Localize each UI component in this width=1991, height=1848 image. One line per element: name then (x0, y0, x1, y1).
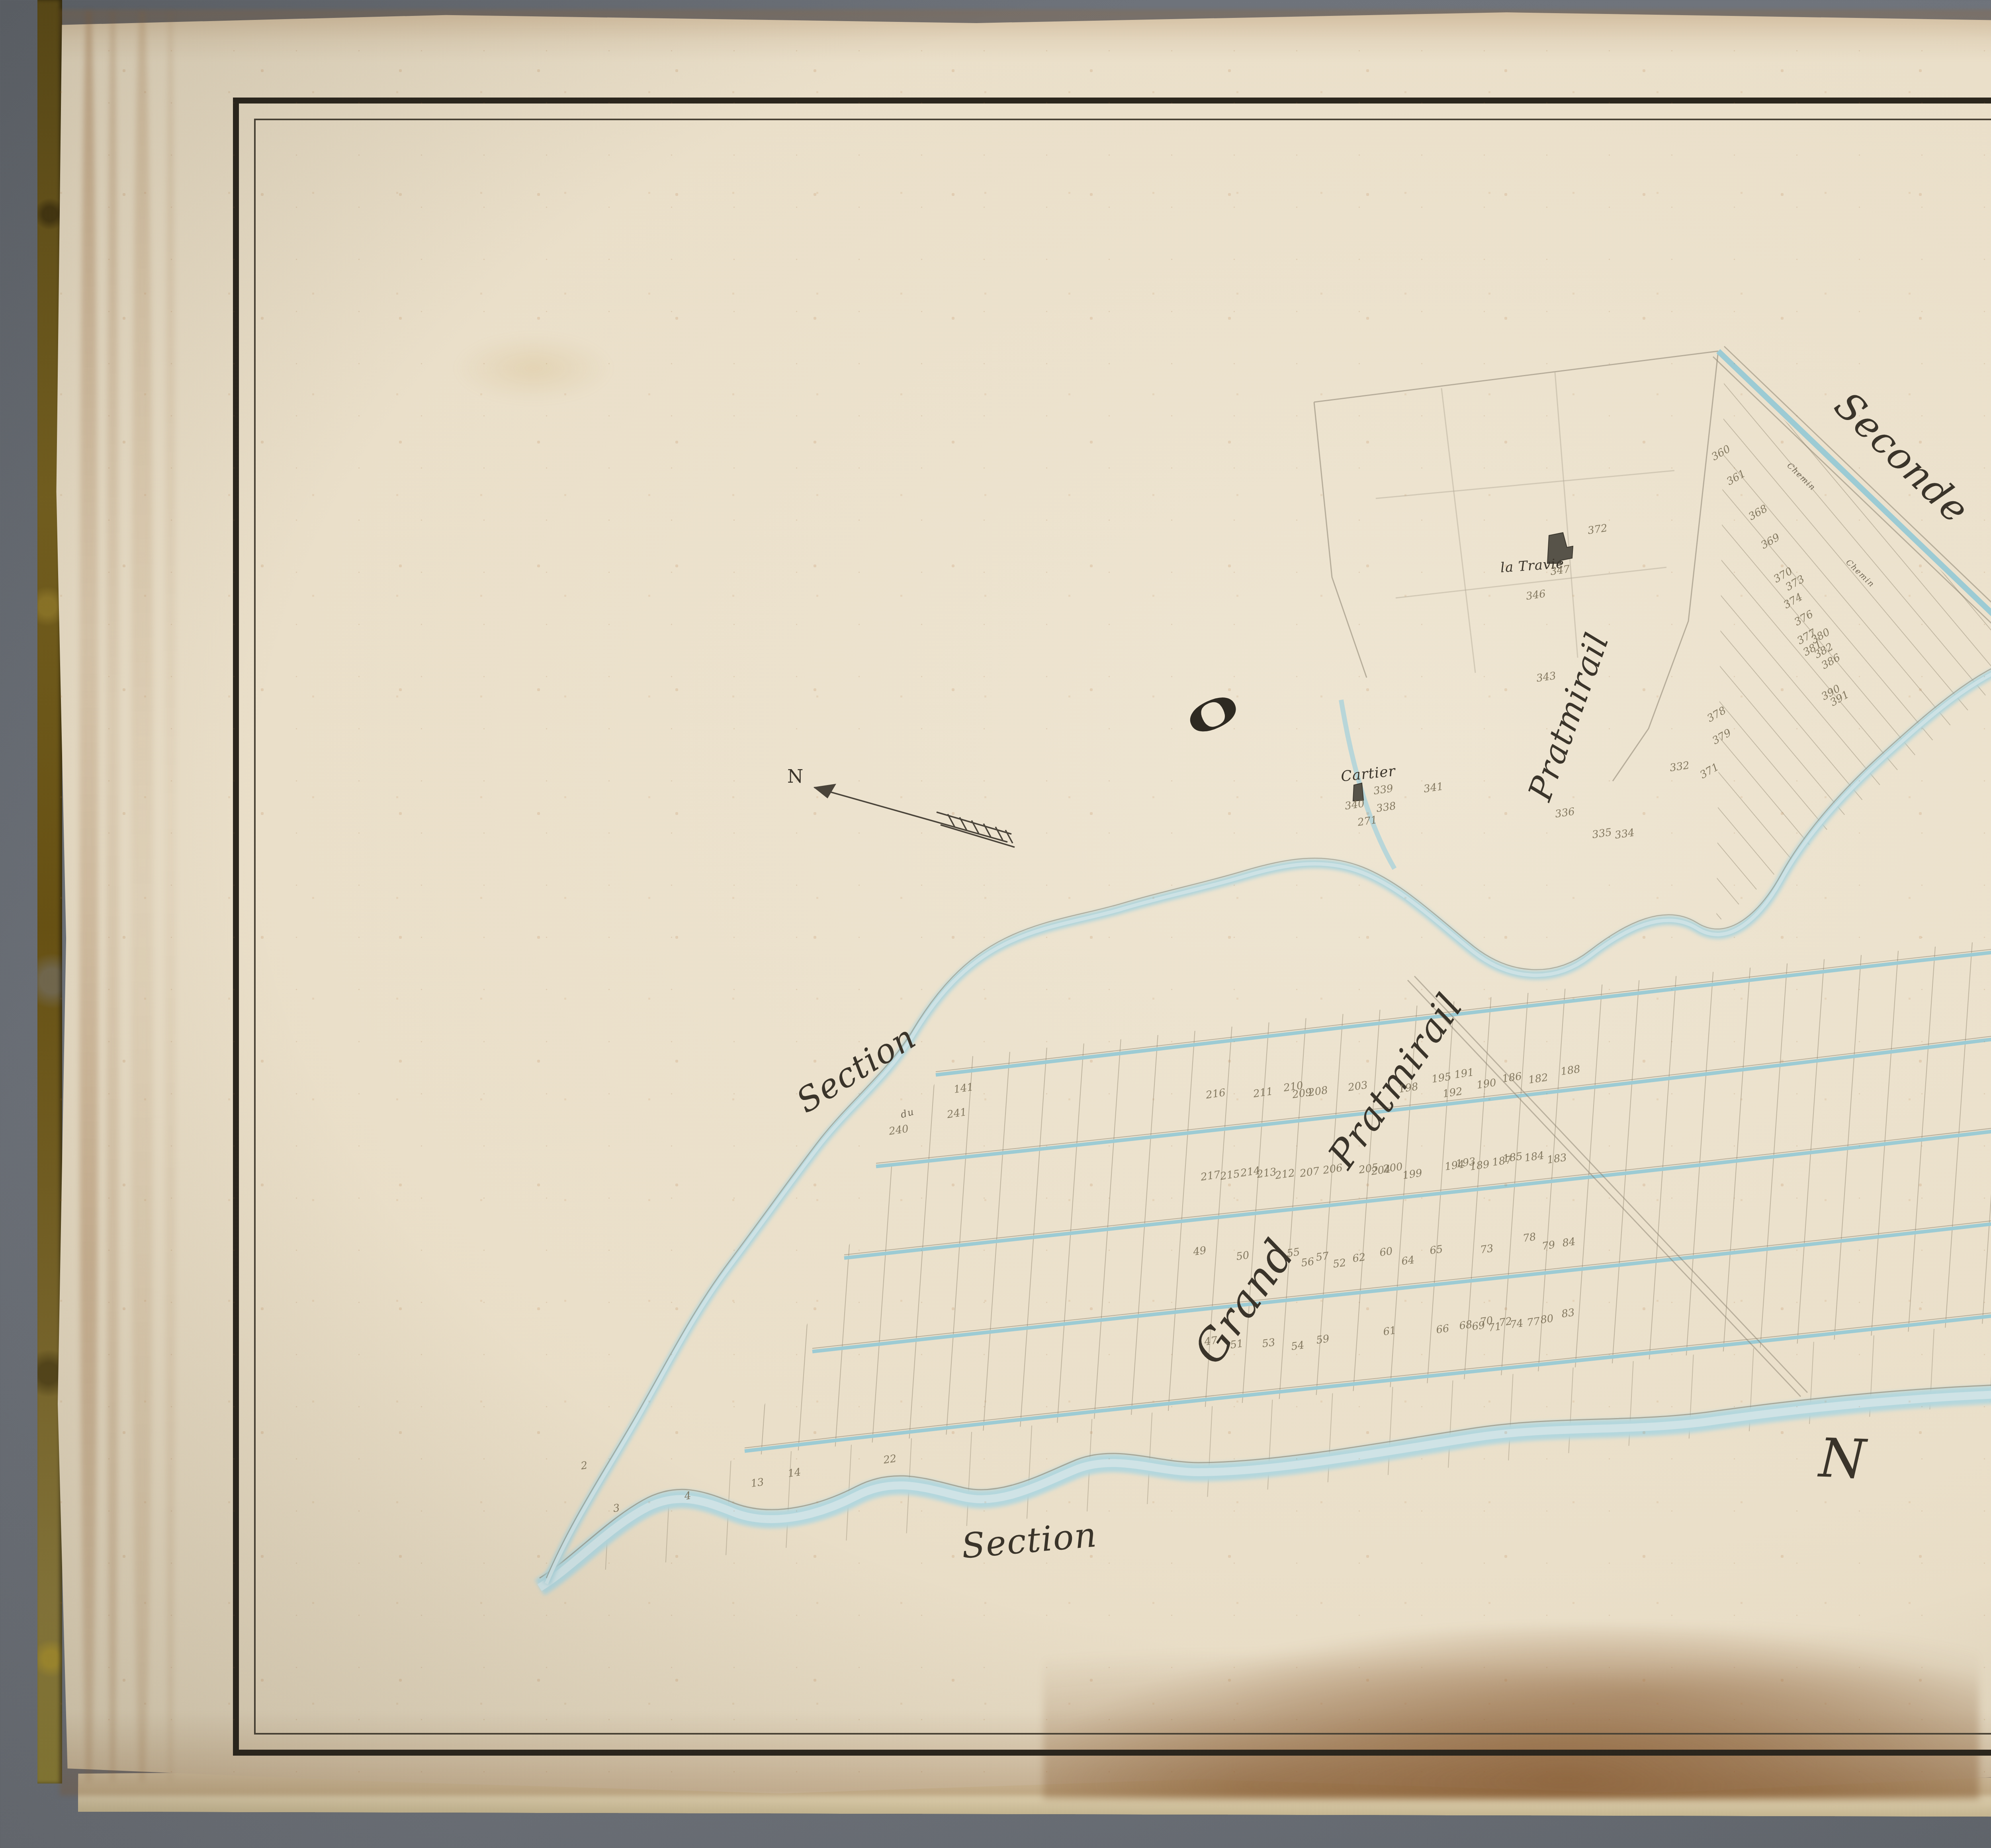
foxing-speckles (55, 9, 1991, 1797)
scanned-atlas-photo: { "scene": { "backdrop_color": "#6e737b"… (0, 0, 1991, 1848)
